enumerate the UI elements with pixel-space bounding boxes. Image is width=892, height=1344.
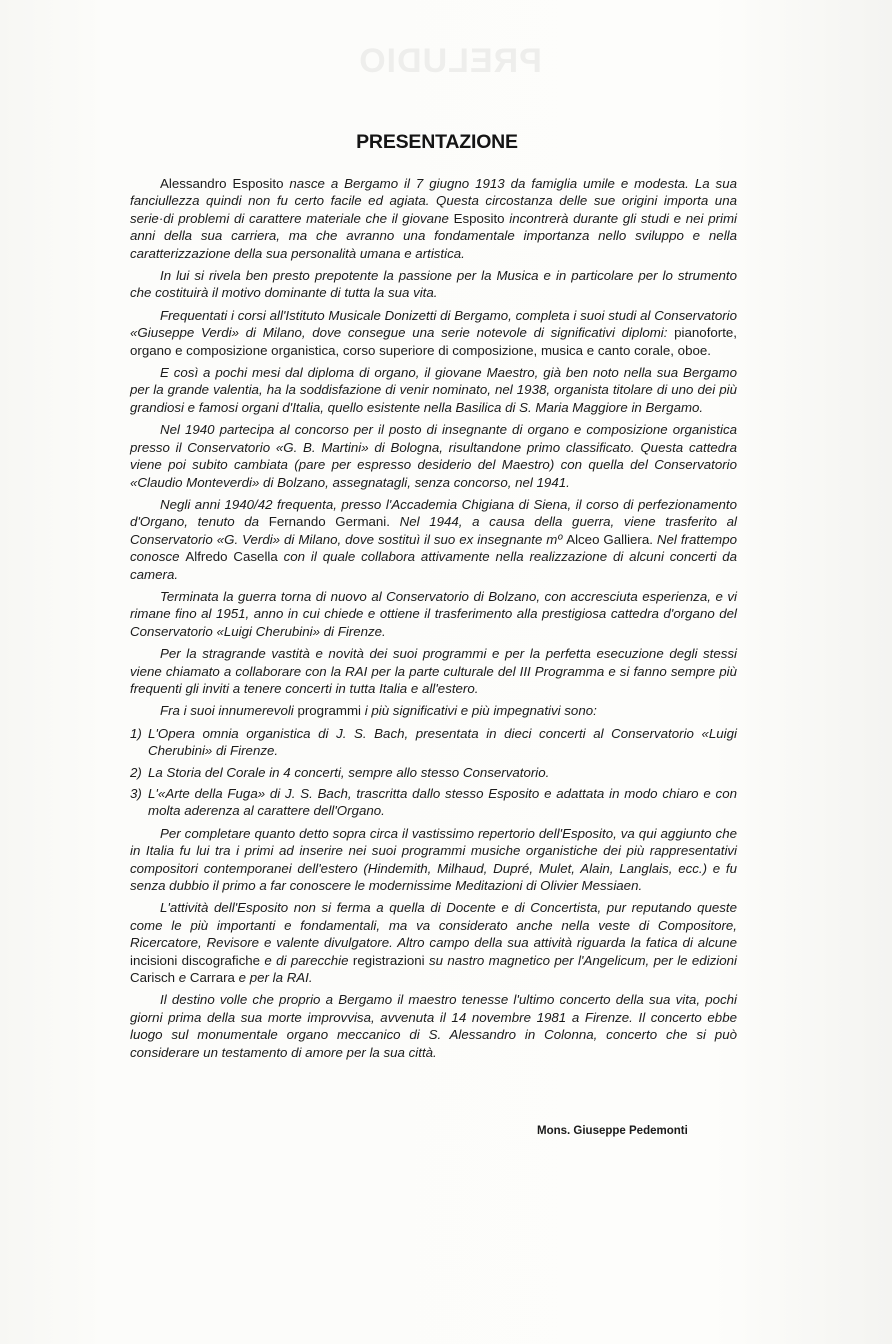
text-segment: Il destino volle che proprio a Bergamo i… — [130, 992, 737, 1059]
text-segment: su nastro magnetico per l'Angelicum, per… — [429, 953, 737, 968]
text-segment: Alceo Galliera. — [566, 532, 657, 547]
intro-paragraphs: Alessandro Esposito nasce a Bergamo il 7… — [130, 175, 737, 720]
paragraph: Negli anni 1940/42 frequenta, presso l'A… — [130, 496, 737, 583]
text-segment: i più significativi e più impegnativi so… — [365, 703, 597, 718]
paragraph: Fra i suoi innumerevoli programmi i più … — [130, 702, 737, 719]
text-segment: Alessandro Esposito — [160, 176, 289, 191]
list-item: 2)La Storia del Corale in 4 concerti, se… — [130, 764, 737, 781]
page-title: PRESENTAZIONE — [0, 131, 874, 154]
text-segment: L'attività dell'Esposito non si ferma a … — [130, 900, 737, 950]
text-segment: Esposito — [454, 211, 510, 226]
text-segment: e di parecchie — [264, 953, 353, 968]
text-segment: Fernando Germani. — [269, 514, 400, 529]
paragraph: Il destino volle che proprio a Bergamo i… — [130, 991, 737, 1061]
text-segment: Alfredo Casella — [185, 549, 283, 564]
author-signature: Mons. Giuseppe Pedemonti — [537, 1125, 688, 1137]
list-item-text: La Storia del Corale in 4 concerti, semp… — [148, 765, 549, 780]
list-item-number: 1) — [130, 725, 142, 742]
scanned-page: PRELUDIO PRESENTAZIONE Alessandro Esposi… — [0, 0, 892, 1344]
text-segment: programmi — [297, 703, 364, 718]
text-segment: Nel 1940 partecipa al concorso per il po… — [130, 422, 737, 489]
text-segment: E così a pochi mesi dal diploma di organ… — [130, 365, 737, 415]
paragraph: Frequentati i corsi all'Istituto Musical… — [130, 307, 737, 359]
text-segment: Fra i suoi innumerevoli — [160, 703, 297, 718]
paragraph: Alessandro Esposito nasce a Bergamo il 7… — [130, 175, 737, 262]
paragraph: Nel 1940 partecipa al concorso per il po… — [130, 421, 737, 491]
paragraph: Terminata la guerra torna di nuovo al Co… — [130, 588, 737, 640]
list-item: 3)L'«Arte della Fuga» di J. S. Bach, tra… — [130, 785, 737, 820]
paragraph: In lui si rivela ben presto prepotente l… — [130, 267, 737, 302]
text-segment: registrazioni — [353, 953, 429, 968]
text-segment: Frequentati i corsi all'Istituto Musical… — [130, 308, 737, 340]
text-segment: incisioni discografiche — [130, 953, 264, 968]
list-item-text: L'«Arte della Fuga» di J. S. Bach, trasc… — [148, 786, 737, 818]
text-segment: e per la RAI. — [239, 970, 313, 985]
text-segment: Per la stragrande vastità e novità dei s… — [130, 646, 737, 696]
text-segment: Carrara — [190, 970, 239, 985]
paragraph: Per completare quanto detto sopra circa … — [130, 825, 737, 895]
article-body: Alessandro Esposito nasce a Bergamo il 7… — [130, 175, 737, 1066]
list-item-number: 2) — [130, 764, 142, 781]
text-segment: e — [179, 970, 190, 985]
text-segment: Carisch — [130, 970, 179, 985]
text-segment: In lui si rivela ben presto prepotente l… — [130, 268, 737, 300]
paragraph: Per la stragrande vastità e novità dei s… — [130, 645, 737, 697]
list-item: 1)L'Opera omnia organistica di J. S. Bac… — [130, 725, 737, 760]
text-segment: Per completare quanto detto sopra circa … — [130, 826, 737, 893]
list-item-number: 3) — [130, 785, 142, 802]
paragraph: E così a pochi mesi dal diploma di organ… — [130, 364, 737, 416]
paragraph: L'attività dell'Esposito non si ferma a … — [130, 899, 737, 986]
program-list: 1)L'Opera omnia organistica di J. S. Bac… — [130, 725, 737, 820]
text-segment: Terminata la guerra torna di nuovo al Co… — [130, 589, 737, 639]
closing-paragraphs: Per completare quanto detto sopra circa … — [130, 825, 737, 1061]
show-through-heading: PRELUDIO — [330, 42, 570, 81]
list-item-text: L'Opera omnia organistica di J. S. Bach,… — [148, 726, 737, 758]
